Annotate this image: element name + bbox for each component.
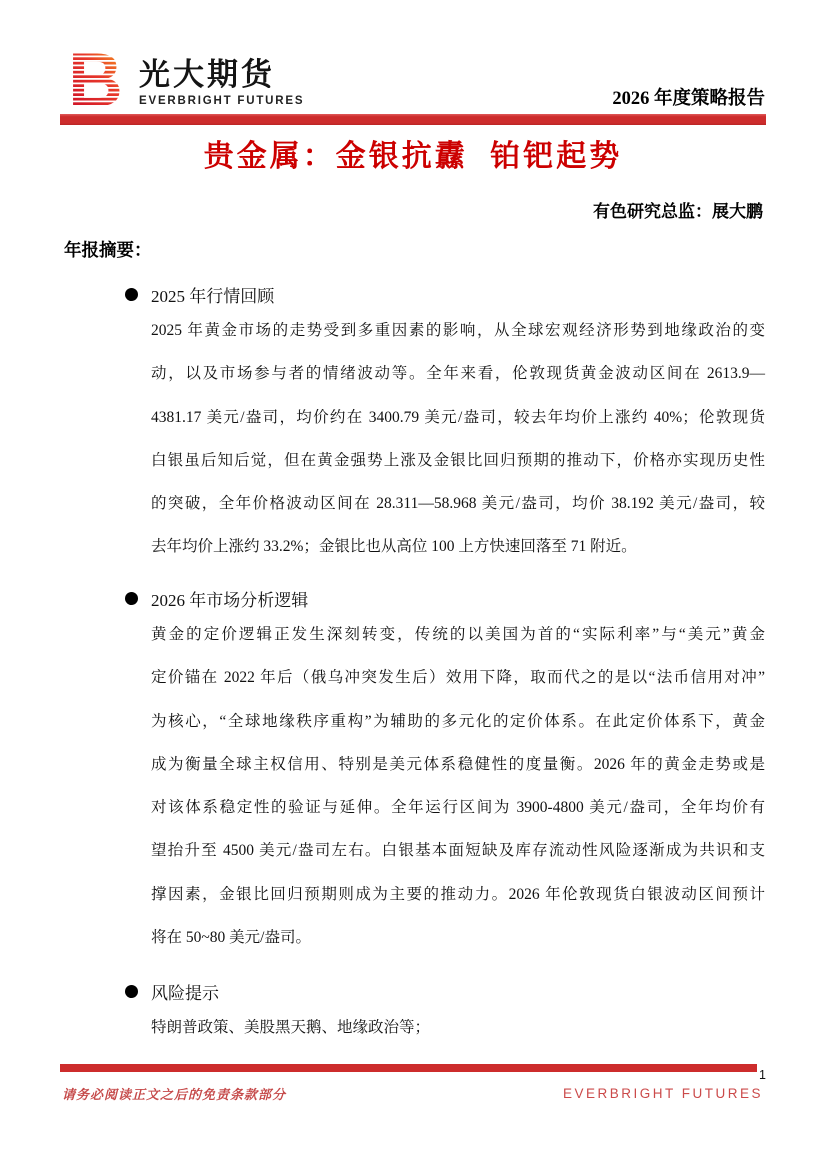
paragraph-line: 撑因素，金银比回归预期则成为主要的推动力。2026 年伦敦现货白银波动区间预计 (151, 873, 765, 916)
everbright-b-icon: B (73, 48, 127, 117)
footer-brand: EVERBRIGHT FUTURES (563, 1086, 763, 1101)
paragraph-line: 4381.17 美元/盎司，均价约在 3400.79 美元/盎司，较去年均价上涨… (151, 396, 765, 439)
paragraph-line: 黄金的定价逻辑正发生深刻转变，传统的以美国为首的“实际利率”与“美元”黄金 (151, 613, 765, 656)
paragraph-risk: 特朗普政策、美股黑天鹅、地缘政治等； (151, 1006, 765, 1049)
paragraph-line: 的突破，全年价格波动区间在 28.311—58.968 美元/盎司，均价 38.… (151, 482, 765, 525)
report-type-label: 2026 年度策略报告 (612, 84, 765, 110)
paragraph-line: 白银虽后知后觉，但在黄金强势上涨及金银比回归预期的推动下，价格亦实现历史性 (151, 439, 765, 482)
report-title: 贵金属：金银抗纛 铂钯起势 (0, 131, 826, 175)
footer-disclaimer: 请务必阅读正文之后的免责条款部分 (62, 1084, 286, 1103)
page-number: 1 (759, 1068, 766, 1082)
bullet-icon (125, 592, 138, 605)
paragraph-line: 望抬升至 4500 美元/盎司左右。白银基本面短缺及库存流动性风险逐渐成为共识和… (151, 829, 765, 872)
footer-divider-bar (60, 1064, 757, 1072)
bullet-icon (125, 288, 138, 301)
section-heading-risk: 风险提示 (125, 979, 219, 1004)
paragraph-line: 定价锚在 2022 年后（俄乌冲突发生后）效用下降，取而代之的是以“法币信用对冲… (151, 656, 765, 699)
bullet-icon (125, 985, 138, 998)
section-heading-2026-logic: 2026 年市场分析逻辑 (125, 586, 308, 611)
company-logo: B (73, 48, 304, 117)
paragraph-line: 成为衡量全球主权信用、特别是美元体系稳健性的度量衡。2026 年的黄金走势或是 (151, 743, 765, 786)
logo-company-name: 光大期货 (139, 58, 304, 92)
section-heading-label: 风险提示 (151, 979, 219, 1004)
paragraph-2025-review: 2025 年黄金市场的走势受到多重因素的影响，从全球宏观经济形势到地缘政治的变 … (151, 309, 765, 569)
paragraph-line: 对该体系稳定性的验证与延伸。全年运行区间为 3900-4800 美元/盎司，全年… (151, 786, 765, 829)
section-heading-label: 2025 年行情回顾 (151, 282, 274, 307)
paragraph-line: 2025 年黄金市场的走势受到多重因素的影响，从全球宏观经济形势到地缘政治的变 (151, 309, 765, 352)
logo-company-name-en: EVERBRIGHT FUTURES (139, 95, 304, 107)
paragraph-line: 将在 50~80 美元/盎司。 (151, 916, 765, 959)
report-page: B (0, 0, 826, 1169)
header-divider-bar (60, 114, 766, 125)
paragraph-line: 为核心，“全球地缘秩序重构”为辅助的多元化的定价体系。在此定价体系下，黄金 (151, 700, 765, 743)
section-heading-2025-review: 2025 年行情回顾 (125, 282, 274, 307)
paragraph-line: 特朗普政策、美股黑天鹅、地缘政治等； (151, 1006, 765, 1049)
author-line: 有色研究总监：展大鹏 (593, 197, 763, 222)
paragraph-2026-logic: 黄金的定价逻辑正发生深刻转变，传统的以美国为首的“实际利率”与“美元”黄金 定价… (151, 613, 765, 959)
paragraph-line: 动，以及市场参与者的情绪波动等。全年来看，伦敦现货黄金波动区间在 2613.9— (151, 352, 765, 395)
paragraph-line: 去年均价上涨约 33.2%；金银比也从高位 100 上方快速回落至 71 附近。 (151, 525, 765, 568)
summary-heading: 年报摘要： (64, 237, 152, 262)
section-heading-label: 2026 年市场分析逻辑 (151, 586, 308, 611)
